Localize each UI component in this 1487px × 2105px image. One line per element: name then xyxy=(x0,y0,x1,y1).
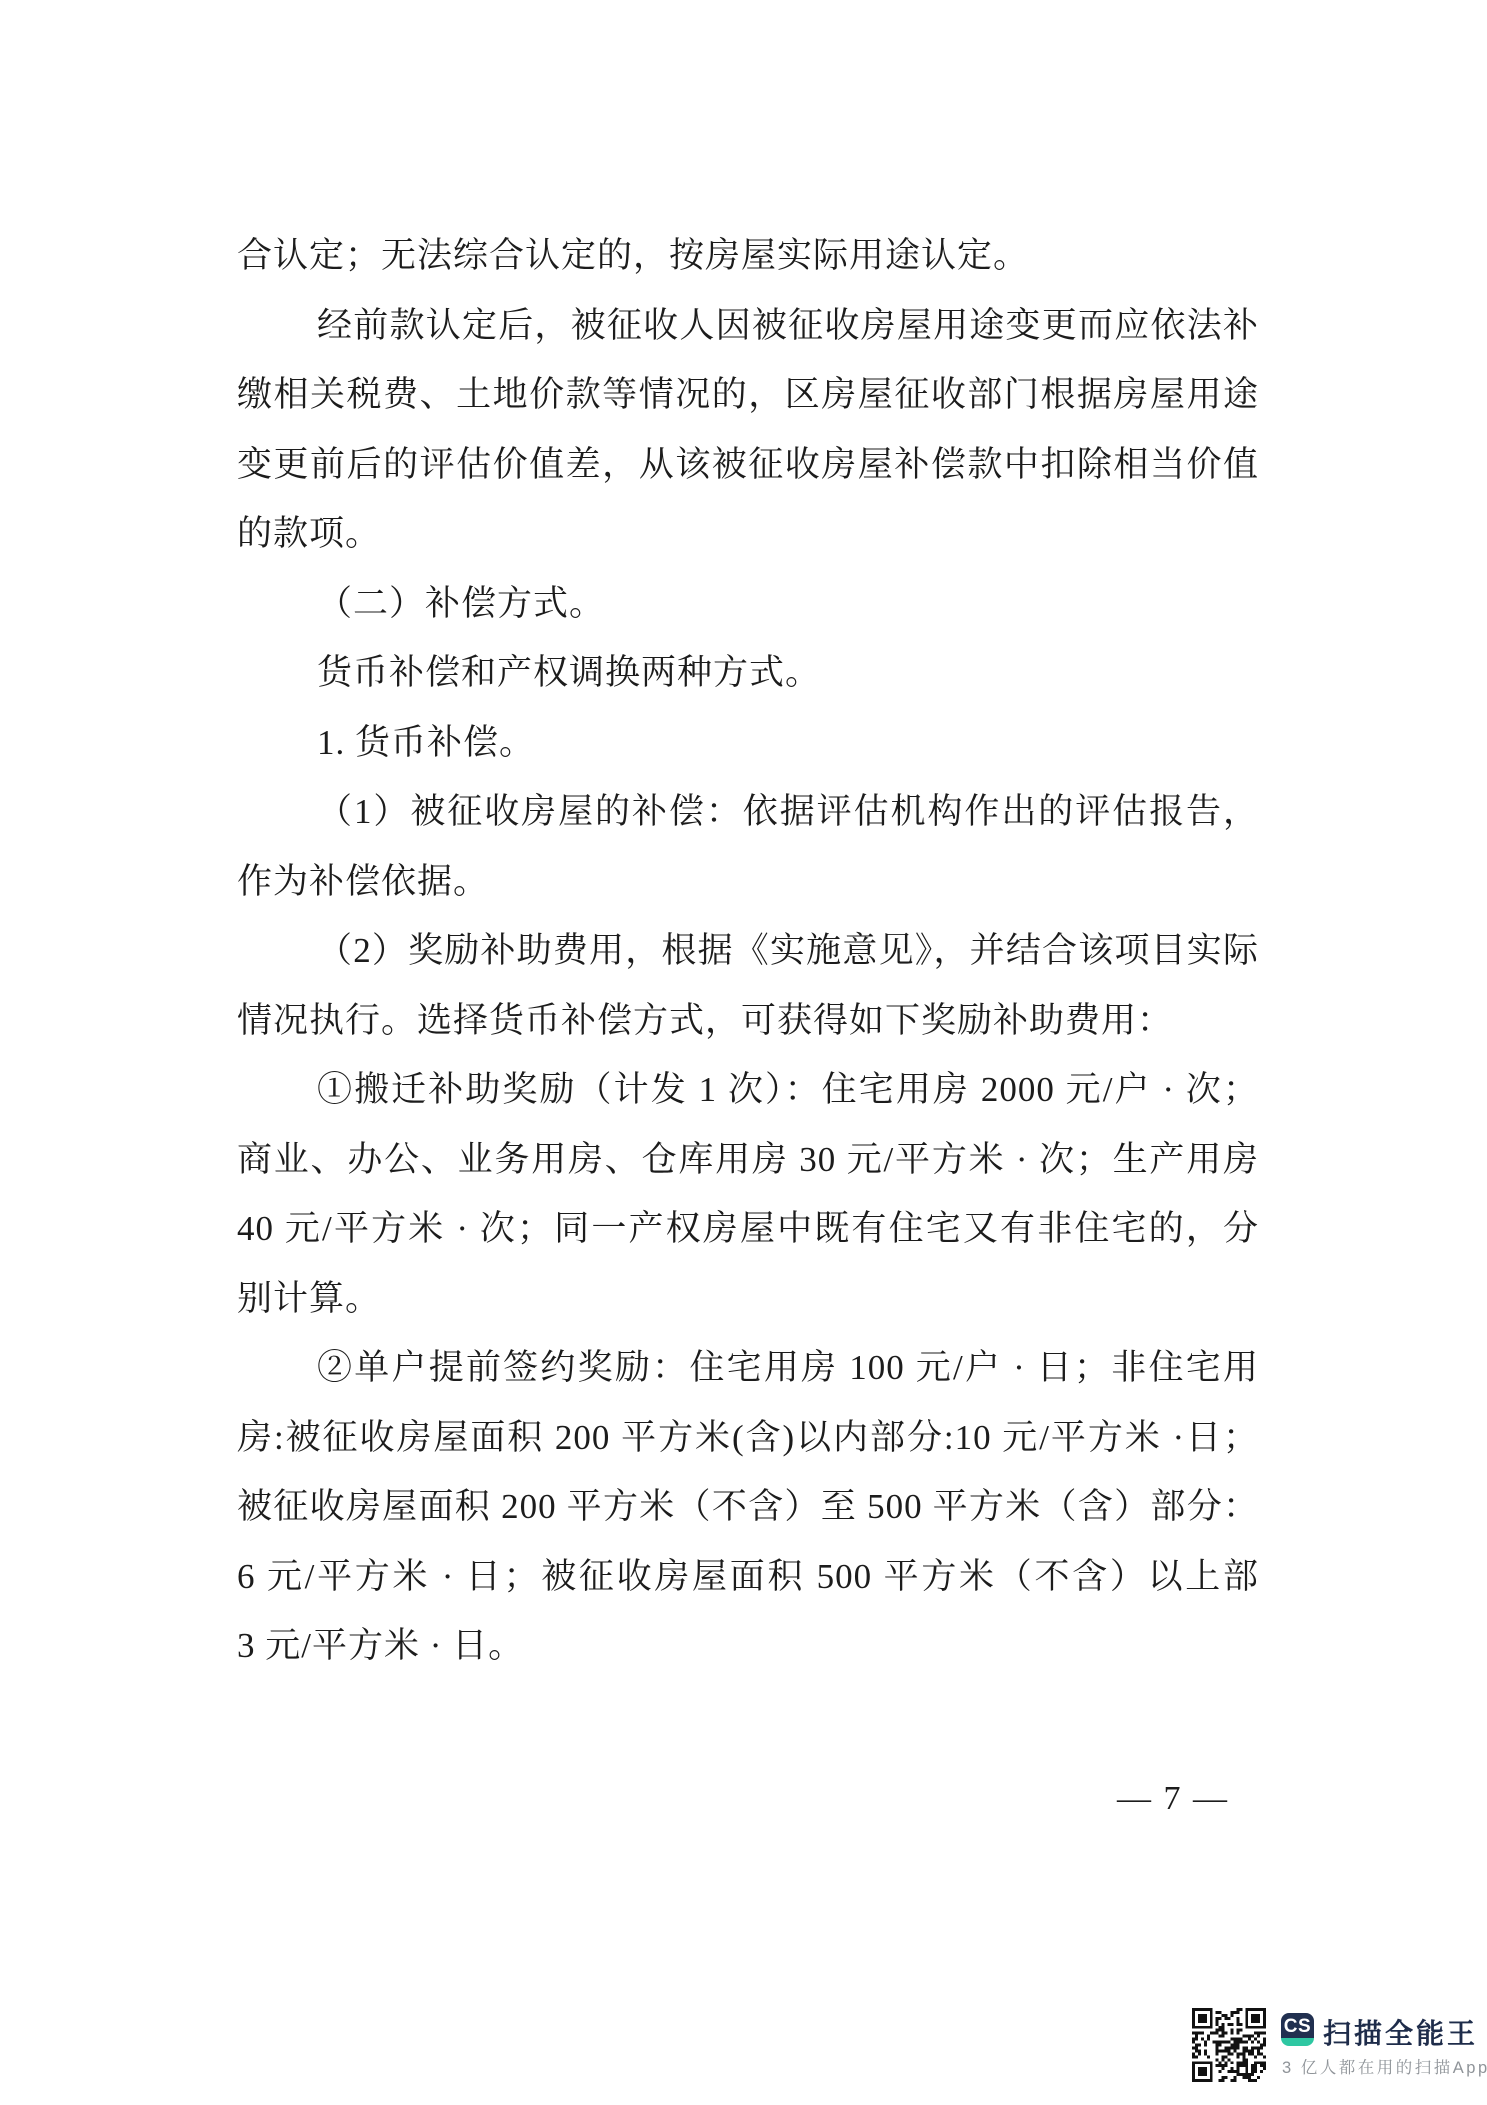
app-name-label: 扫描全能王 xyxy=(1323,2012,1478,2052)
text-line: 作为补偿依据。 xyxy=(237,847,1259,917)
page-number: — 7 — xyxy=(1108,1779,1238,1819)
qr-code-icon xyxy=(1192,2008,1266,2082)
text-line: ①搬迁补助奖励（计发 1 次）：住宅用房 2000 元/户 · 次； xyxy=(237,1055,1259,1125)
text-line: 的款项。 xyxy=(237,499,1259,569)
text-line: 商业、办公、业务用房、仓库用房 30 元/平方米 · 次；生产用房 xyxy=(237,1125,1259,1195)
app-tagline-label: 3 亿人都在用的扫描App xyxy=(1282,2054,1487,2078)
text-line: 被征收房屋面积 200 平方米（不含）至 500 平方米（含）部分： xyxy=(237,1472,1259,1542)
text-line: 3 元/平方米 · 日。 xyxy=(237,1611,1259,1681)
text-line: 变更前后的评估价值差，从该被征收房屋补偿款中扣除相当价值 xyxy=(237,430,1259,500)
text-line: 房:被征收房屋面积 200 平方米(含)以内部分:10 元/平方米 ·日； xyxy=(237,1403,1259,1473)
text-line: 40 元/平方米 · 次；同一产权房屋中既有住宅又有非住宅的，分 xyxy=(237,1194,1259,1264)
text-line: 经前款认定后，被征收人因被征收房屋用途变更而应依法补 xyxy=(237,291,1259,361)
document-page: 合认定；无法综合认定的，按房屋实际用途认定。经前款认定后，被征收人因被征收房屋用… xyxy=(0,0,1487,2105)
text-line: 货币补偿和产权调换两种方式。 xyxy=(237,638,1259,708)
text-line: （1）被征收房屋的补偿：依据评估机构作出的评估报告， xyxy=(237,777,1259,847)
text-line: （2）奖励补助费用，根据《实施意见》，并结合该项目实际 xyxy=(237,916,1259,986)
text-line: （二）补偿方式。 xyxy=(237,569,1259,639)
camscanner-logo-text: CS xyxy=(1281,2013,1314,2040)
text-line: ②单户提前签约奖励：住宅用房 100 元/户 · 日；非住宅用 xyxy=(237,1333,1259,1403)
document-body: 合认定；无法综合认定的，按房屋实际用途认定。经前款认定后，被征收人因被征收房屋用… xyxy=(237,221,1259,1681)
text-line: 情况执行。选择货币补偿方式，可获得如下奖励补助费用： xyxy=(237,986,1259,1056)
camscanner-watermark: CS 扫描全能王 3 亿人都在用的扫描App xyxy=(1190,2006,1470,2096)
text-line: 别计算。 xyxy=(237,1264,1259,1334)
text-line: 缴相关税费、土地价款等情况的，区房屋征收部门根据房屋用途 xyxy=(237,360,1259,430)
text-line: 1. 货币补偿。 xyxy=(237,708,1259,778)
text-line: 6 元/平方米 · 日；被征收房屋面积 500 平方米（不含）以上部分： xyxy=(237,1542,1259,1612)
text-line: 合认定；无法综合认定的，按房屋实际用途认定。 xyxy=(237,221,1259,291)
camscanner-logo-icon: CS xyxy=(1281,2013,1314,2046)
